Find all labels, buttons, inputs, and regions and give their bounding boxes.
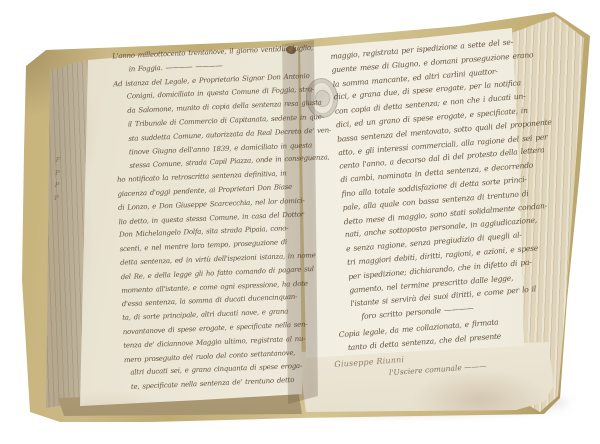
stub-letter: F [55,154,60,167]
stub-letter: P [55,179,60,192]
stub-letter: P [55,166,60,179]
right-page-text: maggio, registrata per ispedizione a set… [330,35,544,355]
stub-letter: P [54,191,59,204]
manuscript-photo: L'anno milleottocento trentanove, il gio… [0,0,600,444]
